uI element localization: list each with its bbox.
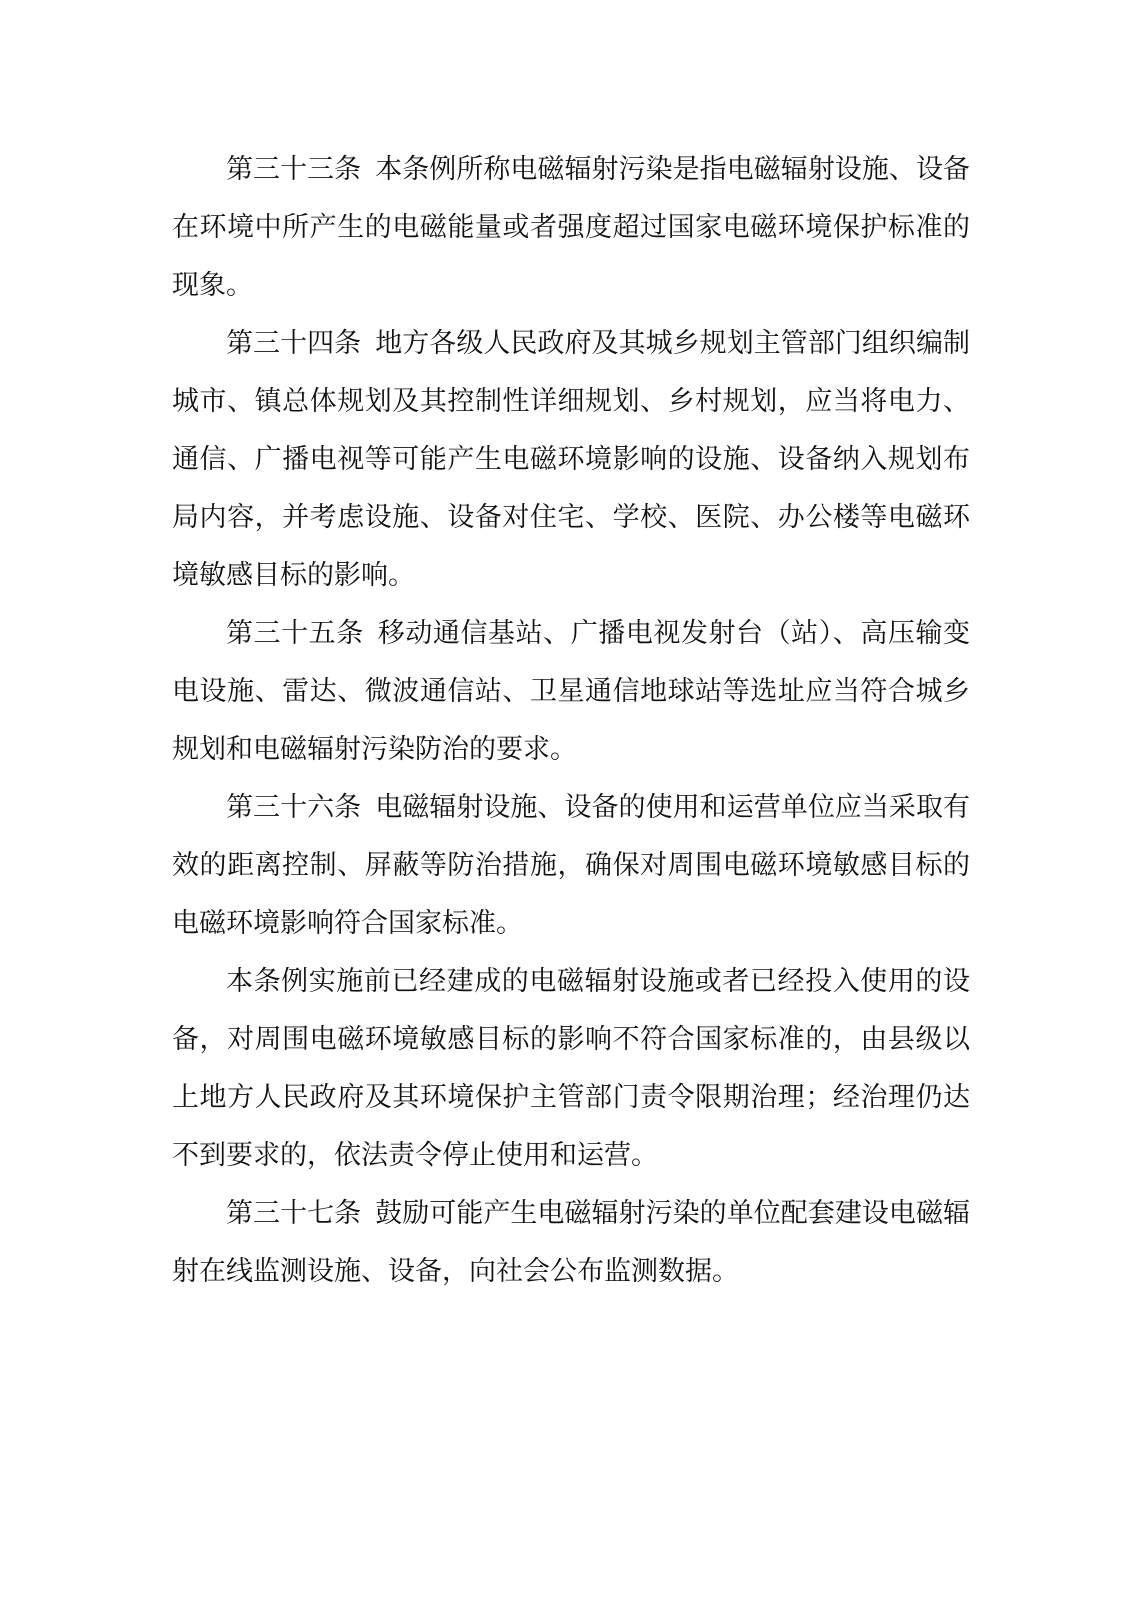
paragraph-article-37: 第三十七条鼓励可能产生电磁辐射污染的单位配套建设电磁辐射在线监测设施、设备，向社… (172, 1184, 970, 1300)
article-number: 第三十五条 (226, 618, 364, 648)
paragraph-article-36: 第三十六条电磁辐射设施、设备的使用和运营单位应当采取有效的距离控制、屏蔽等防治措… (172, 778, 970, 952)
paragraph-article-36-continuation: 本条例实施前已经建成的电磁辐射设施或者已经投入使用的设备，对周围电磁环境敏感目标… (172, 952, 970, 1184)
paragraph-text: 本条例实施前已经建成的电磁辐射设施或者已经投入使用的设备，对周围电磁环境敏感目标… (172, 966, 970, 1170)
article-number: 第三十七条 (226, 1198, 361, 1228)
paragraph-article-34: 第三十四条地方各级人民政府及其城乡规划主管部门组织编制城市、镇总体规划及其控制性… (172, 314, 970, 604)
article-number: 第三十三条 (226, 154, 361, 184)
document-page: 第三十三条本条例所称电磁辐射污染是指电磁辐射设施、设备在环境中所产生的电磁能量或… (0, 0, 1132, 1600)
paragraph-article-35: 第三十五条移动通信基站、广播电视发射台（站）、高压输变电设施、雷达、微波通信站、… (172, 604, 970, 778)
paragraph-text: 地方各级人民政府及其城乡规划主管部门组织编制城市、镇总体规划及其控制性详细规划、… (172, 328, 970, 590)
article-number: 第三十六条 (226, 792, 361, 822)
paragraph-article-33: 第三十三条本条例所称电磁辐射污染是指电磁辐射设施、设备在环境中所产生的电磁能量或… (172, 140, 970, 314)
article-number: 第三十四条 (226, 328, 361, 358)
